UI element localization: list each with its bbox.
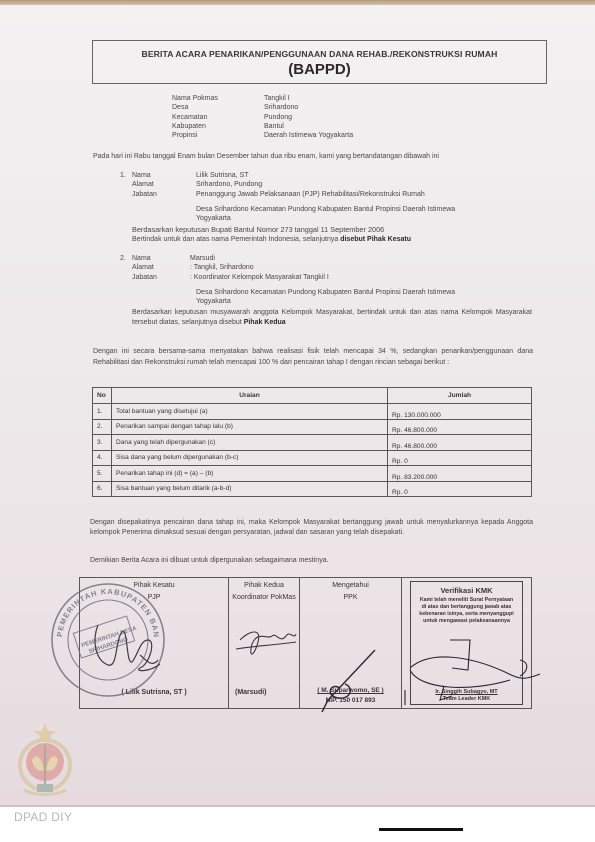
party1-jabatan-cont1: Desa Srihardono Kecamatan Pundong Kabupa…: [196, 206, 455, 213]
cell-no: 5.: [93, 466, 112, 482]
party1-designation: disebut Pihak Kesatu: [340, 236, 411, 243]
table-row: 5.Penarikan tahap ini (d) = (a) – (b)Rp.…: [93, 466, 532, 482]
party1-acting-text: Bertindak untuk dan atas nama Pemerintah…: [132, 236, 340, 243]
closing-remark: Demikian Berita Acara ini dibuat untuk d…: [90, 557, 329, 564]
cell-uraian: Total bantuan yang disetujui (a): [112, 404, 388, 420]
signature-party1: Pihak Kesatu PJP ( Lilik Sutrisna, ST ): [79, 577, 228, 709]
cell-uraian: Dana yang telah dipergunakan (c): [112, 435, 388, 451]
cell-no: 1.: [93, 404, 112, 420]
identity-value: Daerah Istimewa Yogyakarta: [264, 132, 353, 139]
party2-basis: Berdasarkan keputusan musyawarah anggota…: [132, 308, 532, 328]
cell-jumlah: Rp. 0: [388, 481, 532, 497]
watermark-label: DPAD DIY: [14, 810, 72, 824]
signature-party2-heading1: Pihak Kedua: [229, 582, 299, 590]
signature-ppk-heading2: PPK: [300, 594, 401, 602]
signature-party2-name: (Marsudi): [235, 689, 299, 696]
party2-designation: Pihak Kedua: [244, 319, 286, 326]
header-no: No: [93, 388, 112, 404]
signature-ppk-name: ( M. Suparwomo, SE ): [300, 687, 401, 694]
cell-jumlah: Rp. 46.800.000: [388, 435, 532, 451]
party2-field-value: : Tangkil, Srihardono: [190, 264, 254, 271]
table-row: 6.Sisa bantuan yang belum ditarik (a-b-d…: [93, 481, 532, 497]
party2-basis-text: Berdasarkan keputusan musyawarah anggota…: [132, 309, 532, 326]
party2-field-value: : Koordinator Kelompok Masyarakat Tangki…: [190, 274, 329, 281]
cell-uraian: Sisa dana yang belum dipergunakan (b-c): [112, 450, 388, 466]
cell-jumlah: Rp. 46.800.000: [388, 419, 532, 435]
cell-uraian: Sisa bantuan yang belum ditarik (a-b-d): [112, 481, 388, 497]
signature-ppk-nip: NIP. 150 017 893: [300, 697, 401, 704]
party2-field-value: Marsudi: [190, 255, 215, 262]
kmk-statement: Kami telah meneliti Surat Pernyataan di …: [417, 597, 516, 625]
party2-field-label: Jabatan: [132, 274, 157, 281]
party1-field-value: Srihardono, Pundong: [196, 181, 262, 188]
disbursement-table: No Uraian Jumlah 1.Total bantuan yang di…: [92, 387, 532, 497]
table-header-row: No Uraian Jumlah: [93, 388, 532, 404]
identity-label: Nama Pokmas: [172, 95, 218, 102]
signature-party1-heading2: PJP: [80, 594, 228, 602]
party2-jabatan-cont1: Desa Srihardono Kecamatan Pundong Kabupa…: [196, 289, 455, 296]
signature-party1-heading1: Pihak Kesatu: [80, 582, 228, 590]
identity-value: Pundong: [264, 114, 292, 121]
cell-jumlah: Rp. 83.200.000: [388, 466, 532, 482]
cell-no: 2.: [93, 419, 112, 435]
header-jumlah: Jumlah: [388, 388, 532, 404]
identity-label: Kecamatan: [172, 114, 207, 121]
party2-number: 2.: [120, 255, 126, 262]
party1-field-value: Penanggung Jawab Pelaksanaan (PJP) Rehab…: [196, 191, 425, 198]
identity-value: Srihardono: [264, 104, 298, 111]
party2-jabatan-cont2: Yogyakarta: [196, 298, 231, 305]
party1-acting: Bertindak untuk dan atas nama Pemerintah…: [132, 236, 411, 243]
signature-party1-name: ( Lilik Sutrisna, ST ): [80, 689, 228, 696]
party2-field-label: Alamat: [132, 264, 154, 271]
party1-field-value: Lilik Sutrisna, ST: [196, 172, 249, 179]
party1-field-label: Alamat: [132, 181, 154, 188]
cell-uraian: Penarikan tahap ini (d) = (a) – (b): [112, 466, 388, 482]
cell-jumlah: Rp. 130.000.000: [388, 404, 532, 420]
statement-paragraph: Dengan ini secara bersama-sama menyataka…: [93, 347, 533, 368]
signature-ppk-heading1: Mengetahui: [300, 582, 401, 590]
page-indicator-bar: [379, 828, 463, 831]
party2-field-label: Nama: [132, 255, 151, 262]
identity-label: Propinsi: [172, 132, 197, 139]
identity-value: Tangkil I: [264, 95, 290, 102]
cell-uraian: Penarikan sampai dengan tahap lalu (b): [112, 419, 388, 435]
party1-basis: Berdasarkan keputusan Bupati Bantul Nomo…: [132, 225, 384, 234]
cell-no: 6.: [93, 481, 112, 497]
signature-party2: Pihak Kedua Koordinator PokMas (Marsudi): [228, 577, 299, 709]
table-row: 4.Sisa dana yang belum dipergunakan (b-c…: [93, 450, 532, 466]
signature-kmk: Verifikasi KMK Kami telah meneliti Surat…: [401, 577, 532, 709]
signature-ppk: Mengetahui PPK ( M. Suparwomo, SE ) NIP.…: [299, 577, 401, 709]
party1-number: 1.: [120, 172, 126, 179]
cell-jumlah: Rp. 0: [388, 450, 532, 466]
table-row: 1.Total bantuan yang disetujui (a)Rp. 13…: [93, 404, 532, 420]
party1-jabatan-cont2: Yogyakarta: [196, 215, 231, 222]
identity-value: Bantul: [264, 123, 284, 130]
signature-party2-heading2: Koordinator PokMas: [229, 594, 299, 602]
intro-text: Pada hari ini Rabu tanggal Enam bulan De…: [93, 153, 439, 160]
kmk-heading: Verifikasi KMK: [411, 586, 522, 595]
document-title-box: BERITA ACARA PENARIKAN/PENGGUNAAN DANA R…: [92, 40, 547, 84]
cell-no: 4.: [93, 450, 112, 466]
party1-field-label: Jabatan: [132, 191, 157, 198]
kmk-verification-box: Verifikasi KMK Kami telah meneliti Surat…: [410, 581, 523, 705]
identity-label: Kabupaten: [172, 123, 206, 130]
table-row: 3.Dana yang telah dipergunakan (c)Rp. 46…: [93, 435, 532, 451]
identity-label: Desa: [172, 104, 188, 111]
party1-field-label: Nama: [132, 172, 151, 179]
closing-paragraph: Dengan disepakatinya pencairan dana taha…: [90, 518, 533, 537]
kmk-signatory-name: Ir. Singgih Subagyo, MT: [411, 689, 522, 695]
document-abbreviation: (BAPPD): [93, 61, 546, 78]
table-row: 2.Penarikan sampai dengan tahap lalu (b)…: [93, 419, 532, 435]
cell-no: 3.: [93, 435, 112, 451]
kmk-signatory-role: Team Leader KMK: [411, 696, 522, 702]
header-uraian: Uraian: [112, 388, 388, 404]
document-title: BERITA ACARA PENARIKAN/PENGGUNAAN DANA R…: [93, 49, 546, 59]
